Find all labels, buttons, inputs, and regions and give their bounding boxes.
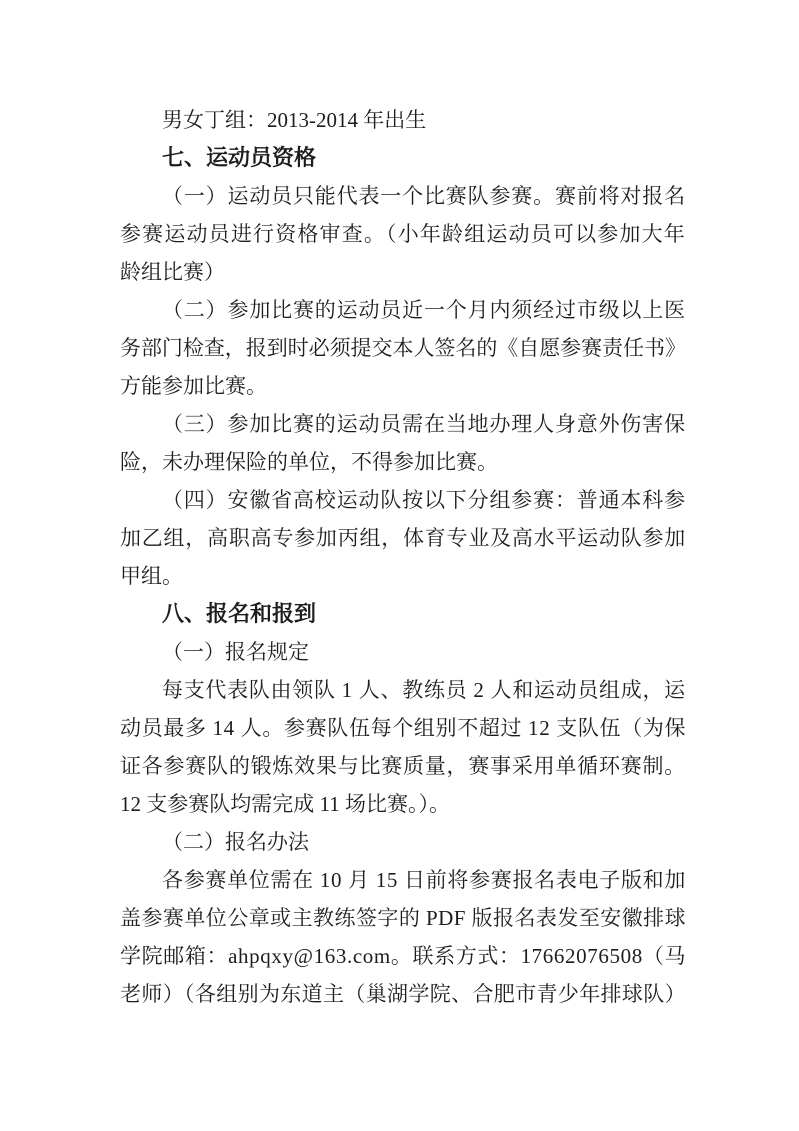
- line-text: 每支代表队由领队 1 人、教练员 2 人和运动员组成，运: [162, 671, 686, 709]
- text-line: 学院邮箱：ahpqxy@163.com。联系方式：17662076508（马: [120, 937, 686, 975]
- section-heading: 八、报名和报到: [120, 595, 686, 633]
- line-text: 务部门检查，报到时必须提交本人签名的《自愿参赛责任书》: [120, 329, 686, 367]
- text-line: （二）报名办法: [120, 823, 686, 861]
- text-line: 甲组。: [120, 557, 686, 595]
- text-line: 龄组比赛）: [120, 253, 686, 291]
- line-text: 各参赛单位需在 10 月 15 日前将参赛报名表电子版和加: [162, 861, 686, 899]
- line-text: 男女丁组：2013-2014 年出生: [162, 101, 426, 139]
- text-line: （一）报名规定: [120, 633, 686, 671]
- text-line: 动员最多 14 人。参赛队伍每个组别不超过 12 支队伍（为保: [120, 709, 686, 747]
- line-text: 险，未办理保险的单位，不得参加比赛。: [120, 443, 498, 481]
- line-text: （二）报名办法: [162, 823, 309, 861]
- line-text: 八、报名和报到: [162, 595, 316, 633]
- line-text: 学院邮箱：ahpqxy@163.com。联系方式：17662076508（马: [120, 937, 686, 975]
- line-text: 证各参赛队的锻炼效果与比赛质量，赛事采用单循环赛制。: [120, 747, 686, 785]
- text-line: 盖参赛单位公章或主教练签字的 PDF 版报名表发至安徽排球: [120, 899, 686, 937]
- line-text: 动员最多 14 人。参赛队伍每个组别不超过 12 支队伍（为保: [120, 709, 686, 747]
- line-text: 盖参赛单位公章或主教练签字的 PDF 版报名表发至安徽排球: [120, 899, 686, 937]
- text-line: （四）安徽省高校运动队按以下分组参赛：普通本科参: [120, 481, 686, 519]
- line-text: （一）报名规定: [162, 633, 309, 671]
- line-text: 12 支参赛队均需完成 11 场比赛。）。: [120, 785, 450, 823]
- text-line: 方能参加比赛。: [120, 367, 686, 405]
- line-text: 加乙组，高职高专参加丙组，体育专业及高水平运动队参加: [120, 519, 686, 557]
- line-text: 参赛运动员进行资格审查。（小年龄组运动员可以参加大年: [120, 215, 686, 253]
- line-text: 老师）（各组别为东道主（巢湖学院、合肥市青少年排球队）: [120, 975, 686, 1013]
- text-line: 加乙组，高职高专参加丙组，体育专业及高水平运动队参加: [120, 519, 686, 557]
- text-line: 各参赛单位需在 10 月 15 日前将参赛报名表电子版和加: [120, 861, 686, 899]
- text-line: 每支代表队由领队 1 人、教练员 2 人和运动员组成，运: [120, 671, 686, 709]
- text-line: 男女丁组：2013-2014 年出生: [120, 101, 686, 139]
- line-text: （一）运动员只能代表一个比赛队参赛。赛前将对报名: [162, 177, 686, 215]
- line-text: （二）参加比赛的运动员近一个月内须经过市级以上医: [162, 291, 686, 329]
- text-line: （一）运动员只能代表一个比赛队参赛。赛前将对报名: [120, 177, 686, 215]
- text-line: 证各参赛队的锻炼效果与比赛质量，赛事采用单循环赛制。: [120, 747, 686, 785]
- line-text: 甲组。: [120, 557, 183, 595]
- document-page: 男女丁组：2013-2014 年出生七、运动员资格（一）运动员只能代表一个比赛队…: [0, 0, 799, 1131]
- line-text: （三）参加比赛的运动员需在当地办理人身意外伤害保: [162, 405, 686, 443]
- text-line: （三）参加比赛的运动员需在当地办理人身意外伤害保: [120, 405, 686, 443]
- text-line: 务部门检查，报到时必须提交本人签名的《自愿参赛责任书》: [120, 329, 686, 367]
- section-heading: 七、运动员资格: [120, 139, 686, 177]
- line-text: 方能参加比赛。: [120, 367, 267, 405]
- text-line: 老师）（各组别为东道主（巢湖学院、合肥市青少年排球队）: [120, 975, 686, 1013]
- document-content: 男女丁组：2013-2014 年出生七、运动员资格（一）运动员只能代表一个比赛队…: [120, 101, 686, 1013]
- text-line: 参赛运动员进行资格审查。（小年龄组运动员可以参加大年: [120, 215, 686, 253]
- text-line: 12 支参赛队均需完成 11 场比赛。）。: [120, 785, 686, 823]
- line-text: 龄组比赛）: [120, 253, 225, 291]
- line-text: （四）安徽省高校运动队按以下分组参赛：普通本科参: [162, 481, 686, 519]
- text-line: （二）参加比赛的运动员近一个月内须经过市级以上医: [120, 291, 686, 329]
- text-line: 险，未办理保险的单位，不得参加比赛。: [120, 443, 686, 481]
- line-text: 七、运动员资格: [162, 139, 316, 177]
